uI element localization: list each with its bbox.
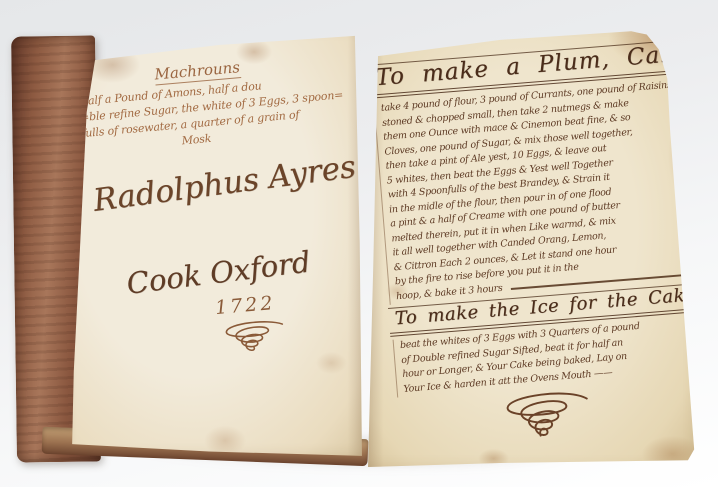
spiral-flourish-icon <box>487 377 702 464</box>
spiral-flourish-drawing <box>487 385 604 464</box>
left-page-content: Machrouns Half a Pound of Amons, half a … <box>76 45 376 451</box>
photo-of-open-manuscript-book: Machrouns Half a Pound of Amons, half a … <box>0 0 718 487</box>
spiral-flourish-drawing <box>216 315 292 375</box>
recipe-body-plum-cake: take 4 pound of flour, 3 pound of Curran… <box>373 78 688 304</box>
left-page: Machrouns Half a Pound of Amons, half a … <box>48 26 370 458</box>
spiral-flourish-icon <box>216 308 370 375</box>
right-page: To make a Plum, Cake take 4 pound of flo… <box>356 20 700 472</box>
owner-signature: Radolphus Ayres <box>91 149 355 219</box>
right-page-content: To make a Plum, Cake take 4 pound of flo… <box>368 41 701 464</box>
